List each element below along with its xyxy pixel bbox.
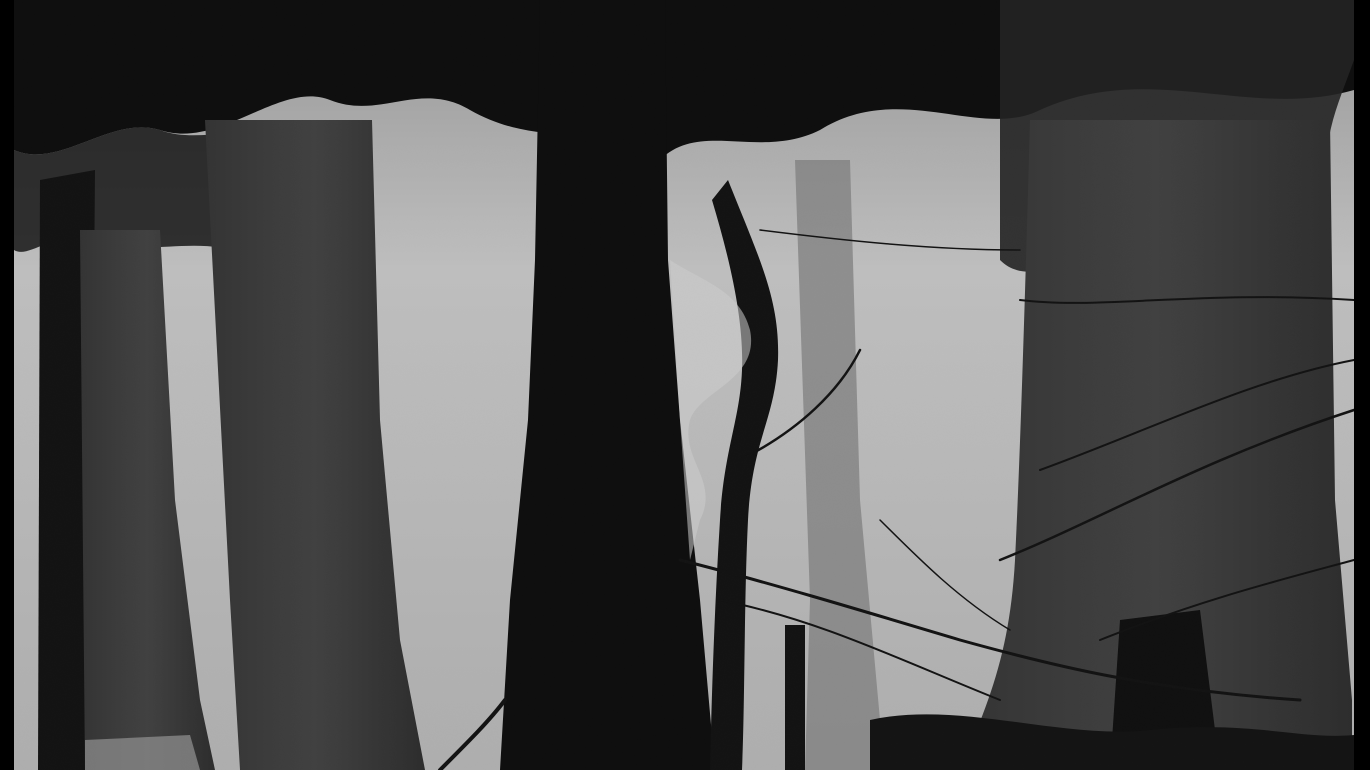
film-border-left	[0, 0, 14, 770]
forest-scene	[0, 0, 1370, 770]
forest-photograph: Black-and-white photograph of a misty fo…	[0, 0, 1370, 770]
film-border-right	[1354, 0, 1370, 770]
